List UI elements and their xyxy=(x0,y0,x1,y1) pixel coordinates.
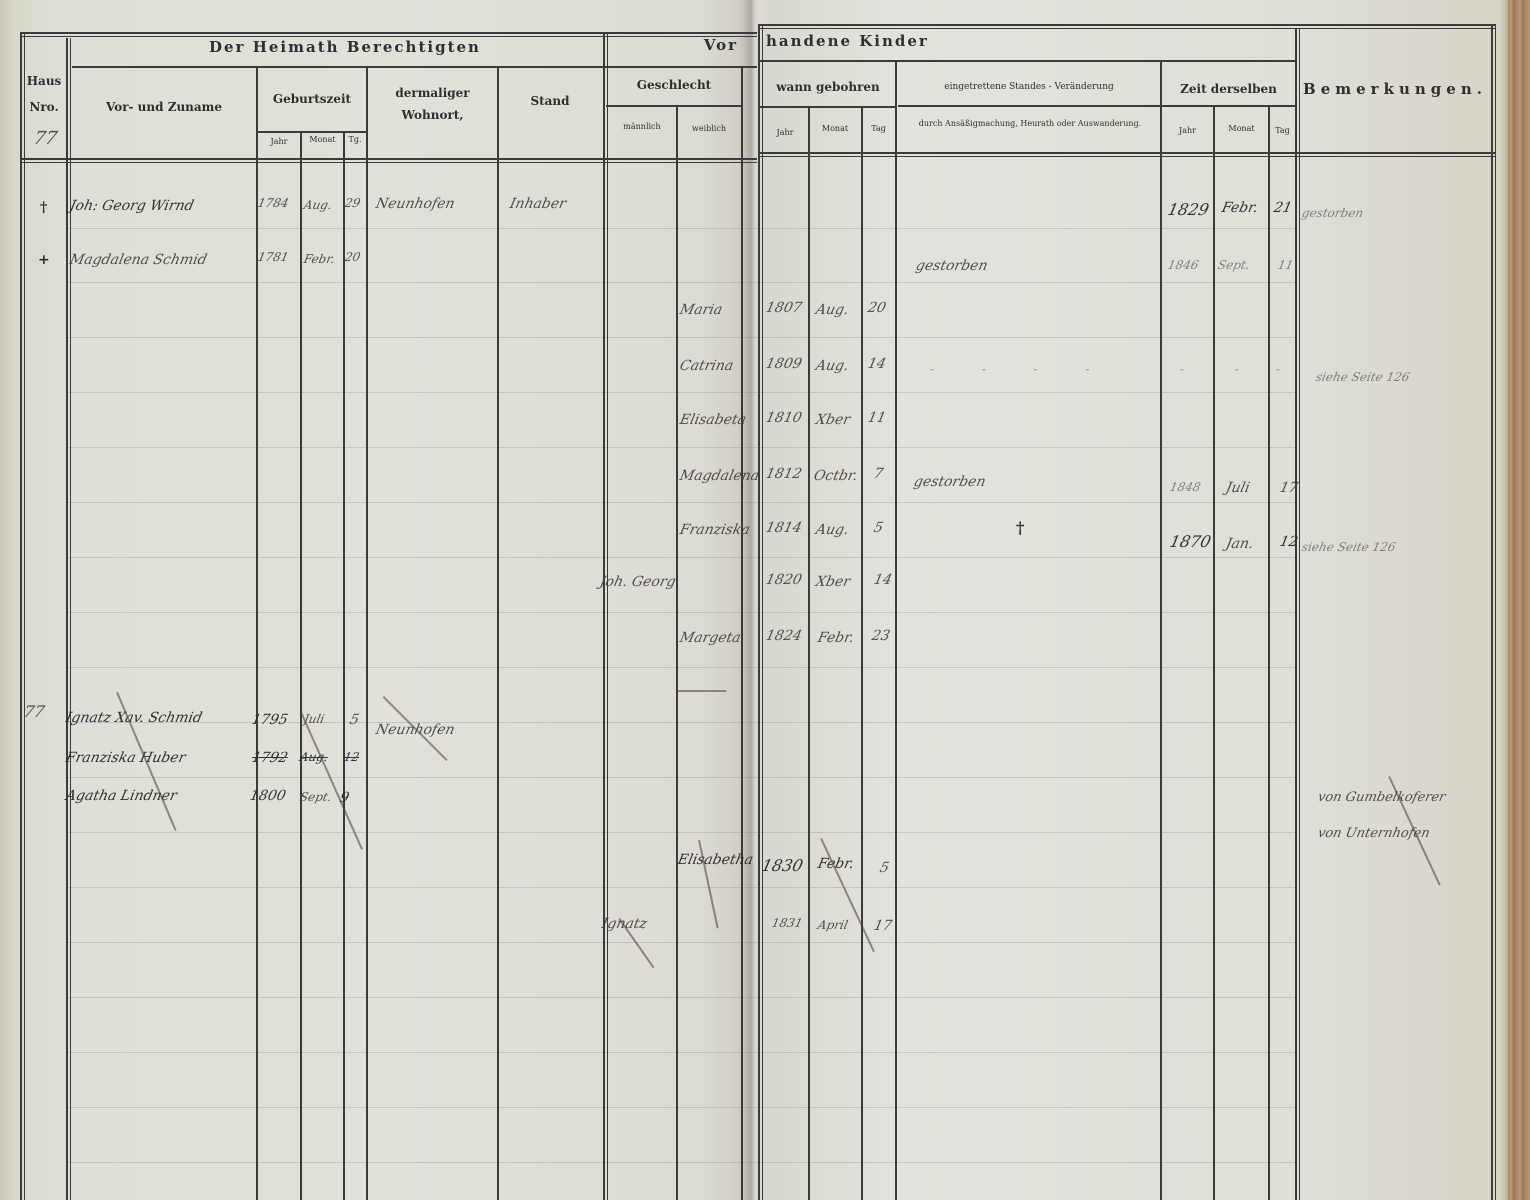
right-page-title: handene Kinder xyxy=(766,32,916,50)
child-change: gestorben xyxy=(912,474,987,490)
name-header: Vor- und Zuname xyxy=(72,100,256,114)
child-change-month: Jan. xyxy=(1224,536,1255,552)
child-change-month: Juli xyxy=(1224,480,1251,496)
ruled-line xyxy=(66,502,1296,503)
child-birth-year: 1830 xyxy=(760,856,805,875)
entry-birth-year: 1792 xyxy=(250,750,289,766)
geburt-jahr-header: Jahr xyxy=(258,137,300,146)
zeit-divider xyxy=(1162,105,1296,107)
maennlich-header: männlich xyxy=(608,122,676,131)
ruled-line xyxy=(66,1052,1296,1053)
veraenderung-header: eingetrettene Standes - Veränderung xyxy=(898,82,1160,92)
entry-separator xyxy=(676,690,726,692)
deceased-mark: † xyxy=(40,200,47,216)
ruled-line xyxy=(66,777,1296,778)
child-birth-year: 1831 xyxy=(771,916,805,930)
child-name-female: Catrina xyxy=(678,358,735,374)
kind-monat-rule xyxy=(861,106,863,1200)
header-divider-left xyxy=(72,66,757,68)
entry-change: gestorben xyxy=(914,258,989,274)
child-birth-month: Aug. xyxy=(814,522,850,538)
name-column-rule xyxy=(256,66,258,1200)
ruled-line xyxy=(66,832,1296,833)
veraenderung-rule xyxy=(1160,60,1162,1200)
child-birth-year: 1809 xyxy=(764,356,803,372)
stand-header: Stand xyxy=(500,94,600,108)
child-birth-day: 14 xyxy=(872,572,893,588)
child-name-female: Maria xyxy=(678,302,724,318)
right-frame xyxy=(1491,24,1496,1200)
child-birth-year: 1810 xyxy=(764,410,803,426)
child-birth-year: 1814 xyxy=(764,520,803,536)
child-birth-month: Octbr. xyxy=(812,468,859,484)
entry-birth-day: 20 xyxy=(344,250,362,264)
header-bottom-left xyxy=(22,158,757,163)
child-change-year: 1848 xyxy=(1169,480,1203,494)
child-change-month: - xyxy=(1234,362,1241,376)
zeit-monat-header: Monat xyxy=(1215,124,1268,133)
kind-tag-rule xyxy=(895,60,897,1200)
child-name-female: Elisabeta xyxy=(678,412,747,428)
entry-birth-day: 12 xyxy=(343,750,361,764)
zeit-tag-header: Tag xyxy=(1270,126,1295,135)
deceased-mark: + xyxy=(38,252,50,268)
child-birth-day: 7 xyxy=(872,466,884,482)
child-birth-year: 1824 xyxy=(764,628,803,644)
entry-change-month: Febr. xyxy=(1220,200,1259,216)
left-page-title: Der Heimath Berechtigten xyxy=(180,38,510,56)
entry-birth-year: 1800 xyxy=(248,788,287,804)
maennlich-column-rule xyxy=(676,105,678,1200)
entry-birth-month: Febr. xyxy=(303,252,337,266)
wann-gebohren-header: wann gebohren xyxy=(762,80,894,94)
child-change: - - - - xyxy=(929,362,1114,376)
haus-nro-value: 77 xyxy=(22,702,46,721)
child-birth-year: 1807 xyxy=(764,300,803,316)
child-birth-month: Xber xyxy=(814,412,851,428)
monat-column-rule xyxy=(343,131,345,1200)
gebohren-divider xyxy=(760,106,895,108)
table-edge xyxy=(1508,0,1530,1200)
entry-change-day: 11 xyxy=(1277,258,1295,272)
ruled-line xyxy=(66,337,1296,338)
child-birth-day: 11 xyxy=(866,410,887,426)
entry-birth-month: Aug. xyxy=(303,198,334,212)
right-page-frame xyxy=(758,24,763,1200)
register-book-spread: Der Heimath Berechtigten Vor Haus Nro. 7… xyxy=(0,0,1530,1200)
child-change-year: 1870 xyxy=(1168,532,1213,551)
entry-birth-year: 1784 xyxy=(257,196,291,210)
wohnort-column-rule xyxy=(497,66,499,1200)
ruled-line xyxy=(66,282,1296,283)
child-bemerkung: siehe Seite 126 xyxy=(1315,370,1412,384)
child-birth-day: 23 xyxy=(870,628,891,644)
ruled-line xyxy=(66,1162,1296,1163)
ruled-line xyxy=(66,392,1296,393)
entry-change-day: 21 xyxy=(1272,200,1293,216)
wohnort-header: dermaliger Wohnort, xyxy=(370,82,495,126)
geburtszeit-header: Geburtszeit xyxy=(258,92,366,106)
zeit-tag-rule xyxy=(1295,28,1300,1200)
tag-column-rule xyxy=(366,66,368,1200)
ruled-line xyxy=(66,667,1296,668)
kind-tag-header: Tag xyxy=(862,124,895,133)
entry-change-month: Sept. xyxy=(1217,258,1252,272)
stand-column-rule xyxy=(603,32,608,1200)
header-divider-right xyxy=(760,60,1295,62)
child-birth-year: 1812 xyxy=(764,466,803,482)
cancellation-stroke xyxy=(300,712,363,850)
left-frame xyxy=(20,32,25,1200)
ruled-line xyxy=(66,1107,1296,1108)
child-birth-day: 20 xyxy=(866,300,887,316)
child-birth-month: Aug. xyxy=(814,358,850,374)
top-rule-left xyxy=(22,32,757,37)
ruled-line xyxy=(66,997,1296,998)
jahr-column-rule xyxy=(300,131,302,1200)
bemerkungen-header: Bemerkungen. xyxy=(1300,80,1490,98)
ruled-line xyxy=(66,557,1296,558)
geschlecht-divider xyxy=(606,105,742,107)
zeit-derselben-header: Zeit derselben xyxy=(1162,82,1295,96)
child-name-female: Margeta xyxy=(678,630,742,646)
child-change-day: 17 xyxy=(1278,480,1299,496)
entry-change-year: 1829 xyxy=(1166,200,1211,219)
entry-birth-month: Aug. xyxy=(299,750,330,764)
haus-nro-header: Haus Nro. xyxy=(24,68,64,120)
child-name-male: Joh. Georg xyxy=(598,574,677,590)
entry-wohnort: Neunhofen xyxy=(374,196,456,212)
veraenderung-divider xyxy=(898,105,1160,107)
entry-birth-day: 29 xyxy=(344,196,362,210)
ruled-line xyxy=(66,228,1296,229)
kind-jahr-header: Jahr xyxy=(762,128,808,137)
weiblich-header: weiblich xyxy=(678,124,740,133)
cross-symbol: † xyxy=(1016,518,1024,537)
geschlecht-header: Geschlecht xyxy=(608,78,740,92)
entry-bemerkung: von Gumbelkoferer xyxy=(1316,790,1446,805)
child-birth-year: 1820 xyxy=(764,572,803,588)
child-birth-day: 5 xyxy=(878,860,890,876)
entry-bemerkung: gestorben xyxy=(1301,206,1365,220)
child-birth-day: 17 xyxy=(872,918,893,934)
geburtszeit-divider xyxy=(258,131,366,133)
child-name-female: Magdalena xyxy=(678,468,760,484)
child-birth-month: Aug. xyxy=(814,302,850,318)
entry-birth-year: 1781 xyxy=(257,250,291,264)
ruled-line xyxy=(66,612,1296,613)
entry-stand: Inhaber xyxy=(508,196,567,212)
geburt-monat-header: Monat xyxy=(302,135,343,144)
entry-name: Magdalena Schmid xyxy=(68,252,208,268)
entry-change-year: 1846 xyxy=(1167,258,1201,272)
child-birth-month: Febr. xyxy=(816,630,855,646)
child-birth-month: April xyxy=(817,918,850,932)
top-rule-right xyxy=(760,24,1495,29)
zeit-jahr-rule xyxy=(1213,105,1215,1200)
child-change-day: - xyxy=(1275,362,1282,376)
spread-title-left: Vor xyxy=(696,36,746,54)
zeit-jahr-header: Jahr xyxy=(1162,126,1213,135)
ruled-line xyxy=(66,887,1296,888)
child-name-female: Franziska xyxy=(678,522,751,538)
veraenderung-subheader: durch Ansäßigmachung, Heurath oder Auswa… xyxy=(905,118,1155,130)
geburt-tag-header: Tg. xyxy=(344,135,366,144)
entry-name: Ignatz Xav. Schmid xyxy=(64,710,203,726)
entry-birth-month: Sept. xyxy=(299,790,334,804)
entry-name: Franziska Huber xyxy=(64,750,187,766)
child-birth-month: Xber xyxy=(814,574,851,590)
child-birth-day: 5 xyxy=(872,520,884,536)
entry-birth-day: 5 xyxy=(348,712,360,728)
child-name-female: Elisabetha xyxy=(676,852,754,868)
ruled-line xyxy=(66,447,1296,448)
child-birth-day: 14 xyxy=(866,356,887,372)
header-bottom-right xyxy=(760,152,1495,157)
ruled-line xyxy=(66,942,1296,943)
zeit-monat-rule xyxy=(1268,105,1270,1200)
entry-name: Joh: Georg Wirnd xyxy=(68,198,195,214)
kind-monat-header: Monat xyxy=(810,124,860,133)
child-change-day: 12 xyxy=(1278,534,1299,550)
entry-birth-year: 1795 xyxy=(250,712,289,728)
child-change-year: - xyxy=(1179,362,1186,376)
haus-nro-value-header: 77 xyxy=(32,128,59,149)
child-bemerkung: siehe Seite 126 xyxy=(1301,540,1398,554)
kind-jahr-rule xyxy=(808,106,810,1200)
